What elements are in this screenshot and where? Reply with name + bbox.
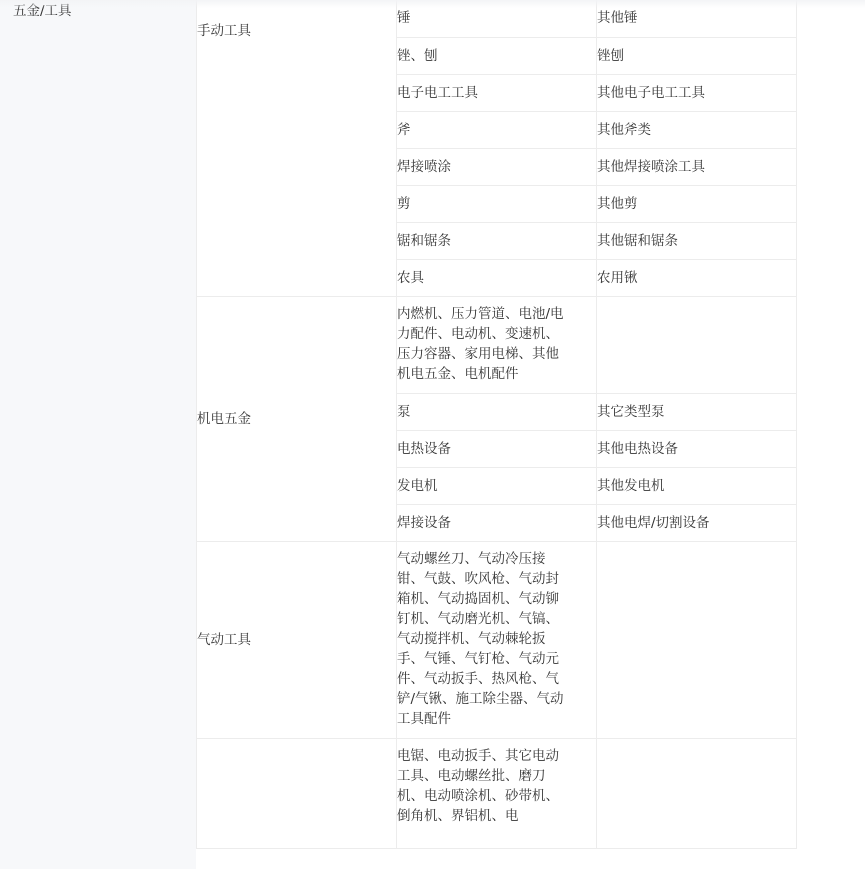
subcategory-label: 机电五金 (197, 411, 251, 427)
subcategory-cell: 气动工具 (197, 541, 397, 738)
subtype-cell: 其他电焊/切割设备 (597, 504, 797, 541)
table-row: 机电五金 内燃机、压力管道、电池/电力配件、电动机、变速机、压力容器、家用电梯、… (197, 296, 797, 393)
subtype-cell: 其他锤 (597, 0, 797, 37)
type-text: 气动螺丝刀、气动冷压接钳、气鼓、吹风枪、气动封箱机、气动捣固机、气动铆钉机、气动… (397, 549, 565, 729)
subtype-cell: 其它类型泵 (597, 393, 797, 430)
type-cell: 发电机 (397, 467, 597, 504)
subtype-cell: 农用锹 (597, 259, 797, 296)
subcategory-cell: 手动工具 (197, 0, 397, 296)
type-cell: 电子电工工具 (397, 74, 597, 111)
type-cell: 内燃机、压力管道、电池/电力配件、电动机、变速机、压力容器、家用电梯、其他机电五… (397, 296, 597, 393)
subcategory-label: 气动工具 (197, 632, 251, 648)
type-cell: 焊接设备 (397, 504, 597, 541)
type-cell: 泵 (397, 393, 597, 430)
type-cell: 电热设备 (397, 430, 597, 467)
subcategory-cell (197, 738, 397, 848)
subcategory-label: 手动工具 (197, 23, 251, 39)
table-row: 气动工具 气动螺丝刀、气动冷压接钳、气鼓、吹风枪、气动封箱机、气动捣固机、气动铆… (197, 541, 797, 738)
table-row: 电锯、电动扳手、其它电动工具、电动螺丝批、磨刀机、电动喷涂机、砂带机、倒角机、界… (197, 738, 797, 848)
type-text: 内燃机、压力管道、电池/电力配件、电动机、变速机、压力容器、家用电梯、其他机电五… (397, 304, 565, 384)
subtype-cell (597, 738, 797, 848)
table-row: 手动工具 锤 其他锤 (197, 0, 797, 37)
category-column: 五金/工具 (0, 0, 196, 869)
type-cell: 农具 (397, 259, 597, 296)
subtype-cell (597, 541, 797, 738)
subcategory-cell: 机电五金 (197, 296, 397, 541)
type-cell: 焊接喷涂 (397, 148, 597, 185)
type-cell: 锉、刨 (397, 37, 597, 74)
subtype-cell (597, 296, 797, 393)
type-cell: 锤 (397, 0, 597, 37)
subtype-cell: 其他剪 (597, 185, 797, 222)
type-cell: 剪 (397, 185, 597, 222)
type-text: 电锯、电动扳手、其它电动工具、电动螺丝批、磨刀机、电动喷涂机、砂带机、倒角机、界… (397, 746, 565, 826)
type-cell: 锯和锯条 (397, 222, 597, 259)
subtype-cell: 其他焊接喷涂工具 (597, 148, 797, 185)
subtype-cell: 其他电热设备 (597, 430, 797, 467)
subtype-cell: 其他锯和锯条 (597, 222, 797, 259)
category-grid: 手动工具 锤 其他锤 锉、刨 锉刨 电子电工工具 其他电子电工工具 斧 其他斧类… (196, 0, 797, 849)
subtype-cell: 其他电子电工工具 (597, 74, 797, 111)
type-cell: 斧 (397, 111, 597, 148)
subtype-cell: 其他斧类 (597, 111, 797, 148)
category-label: 五金/工具 (13, 1, 72, 21)
type-cell: 电锯、电动扳手、其它电动工具、电动螺丝批、磨刀机、电动喷涂机、砂带机、倒角机、界… (397, 738, 597, 848)
subtype-cell: 锉刨 (597, 37, 797, 74)
category-table-page: 五金/工具 手动工具 锤 其他锤 锉、刨 锉刨 电子电工工具 其他电子电工工具 … (0, 0, 865, 869)
type-cell: 气动螺丝刀、气动冷压接钳、气鼓、吹风枪、气动封箱机、气动捣固机、气动铆钉机、气动… (397, 541, 597, 738)
subtype-cell: 其他发电机 (597, 467, 797, 504)
